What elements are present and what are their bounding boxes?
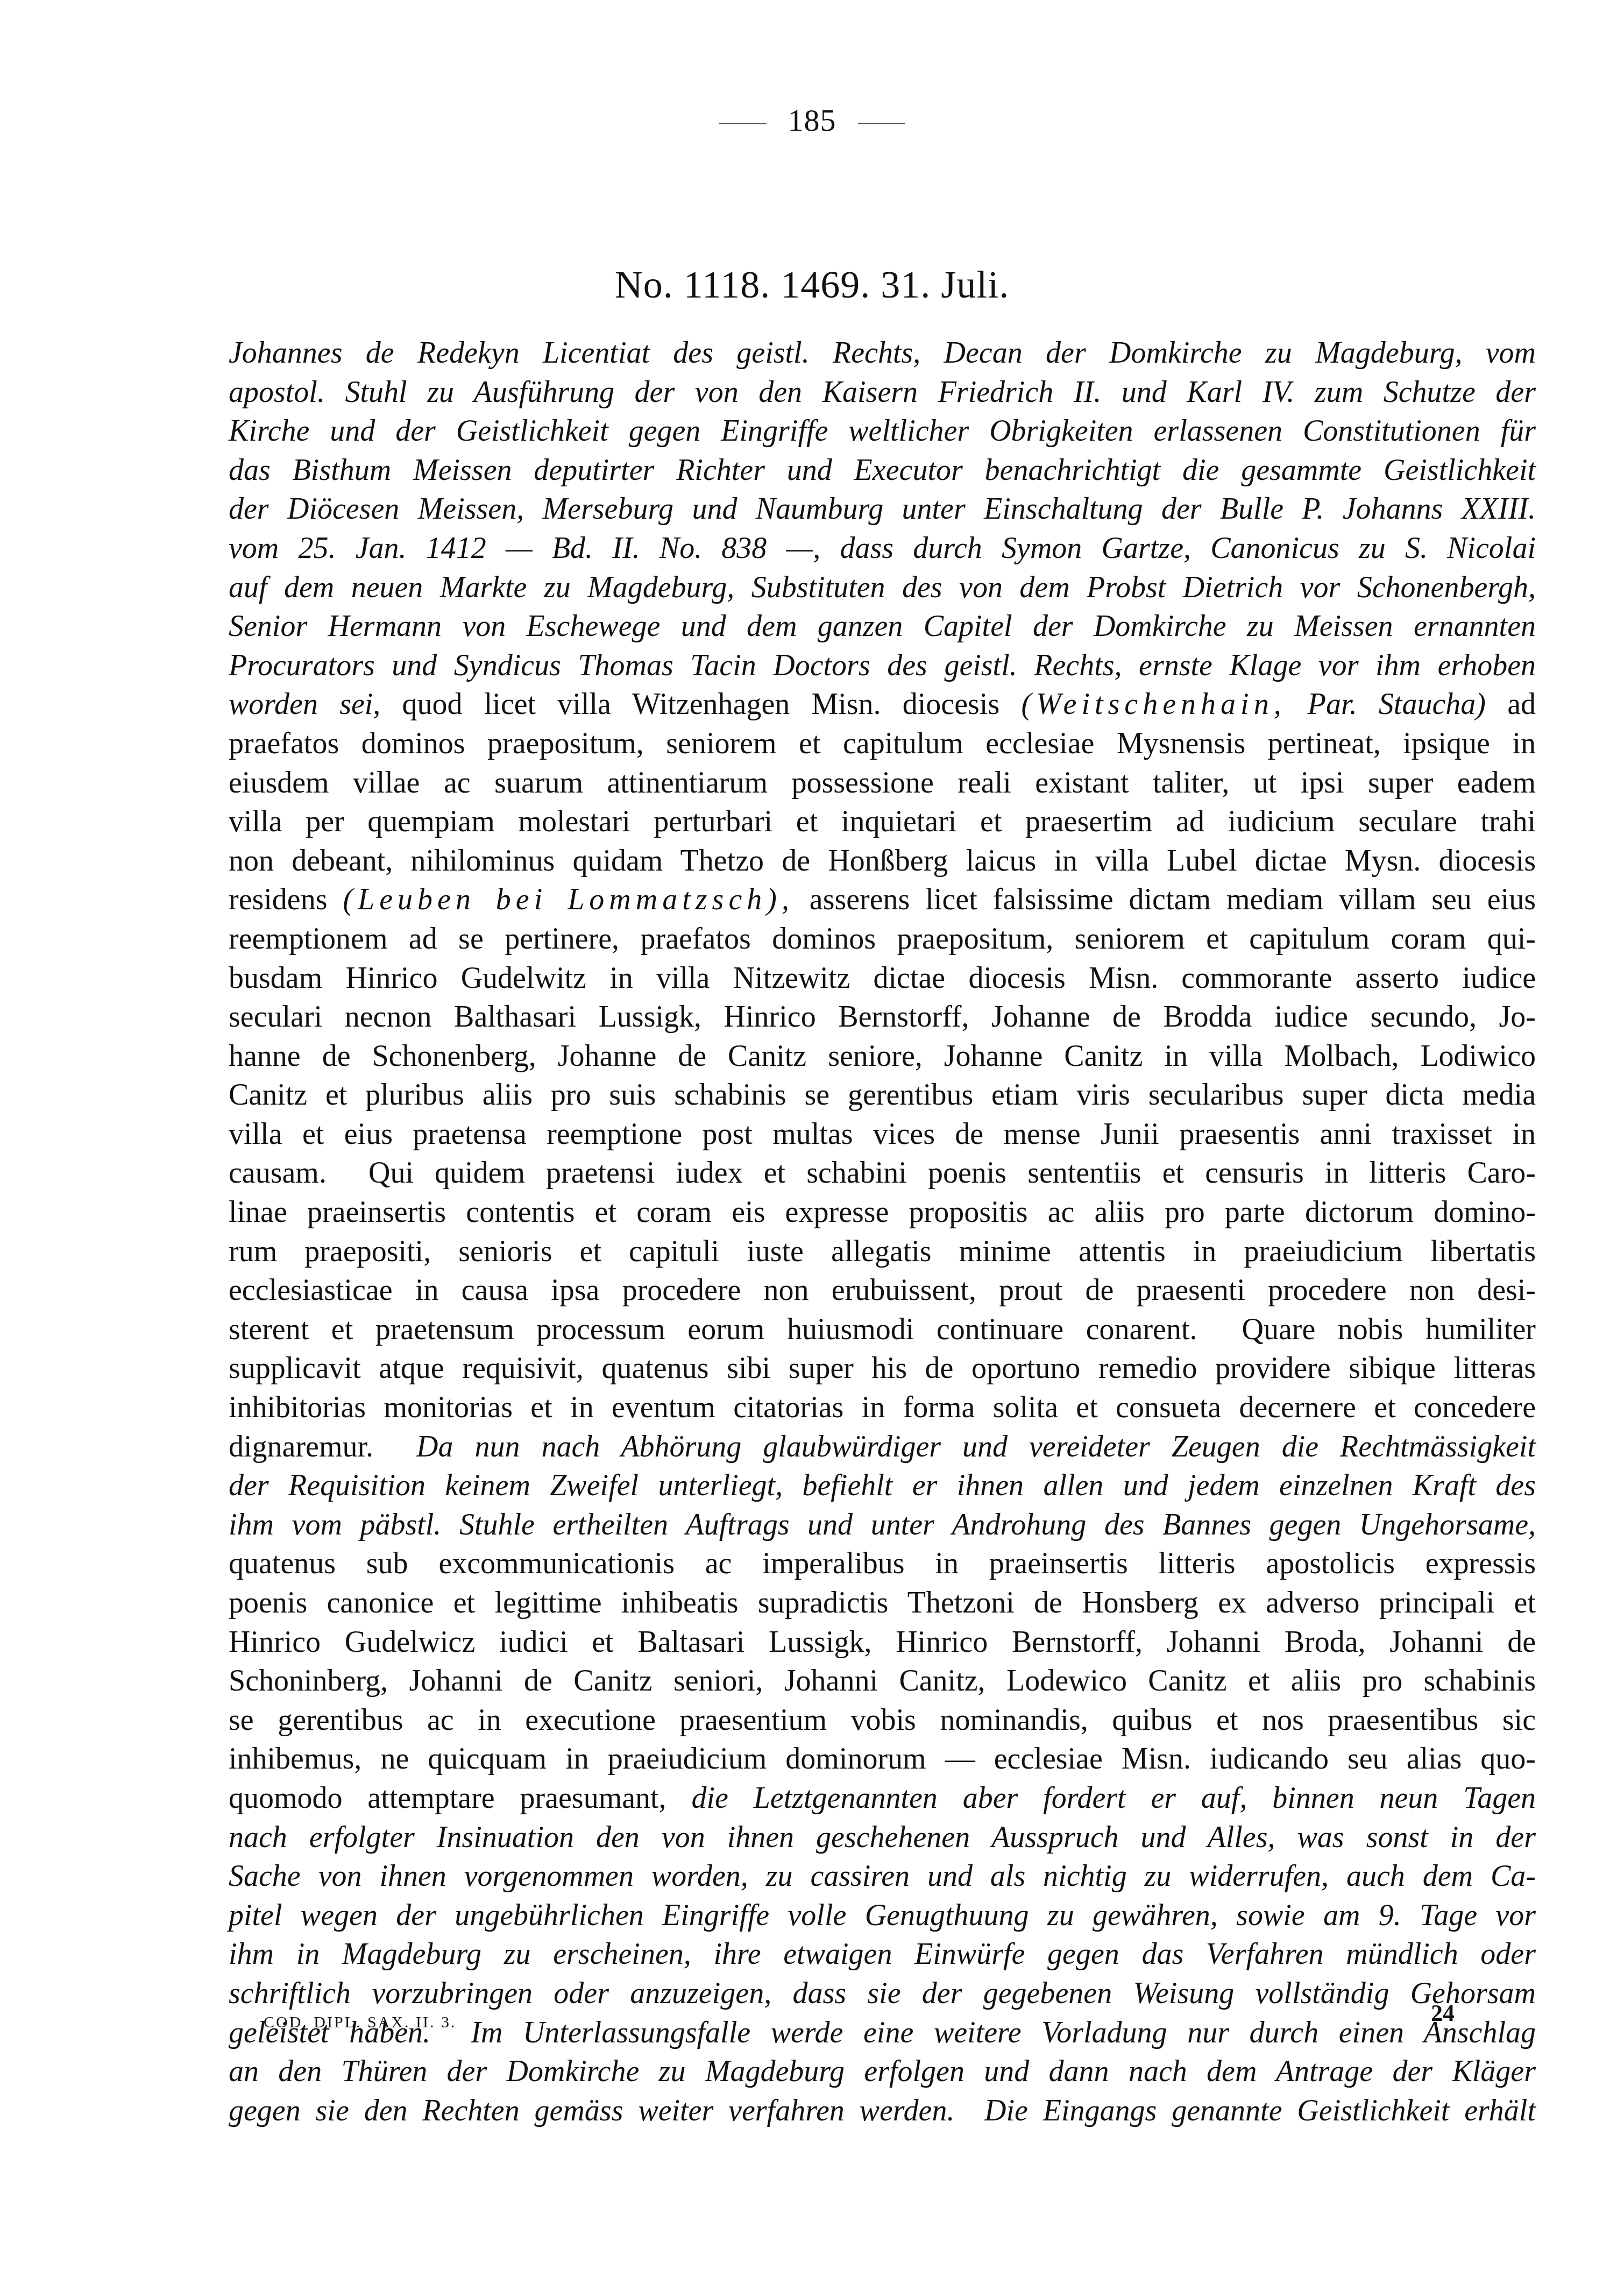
roman-segment: dignaremur. [229,1430,416,1463]
roman-segment: Hinrico Gudelwicz iudici et Baltasari Lu… [229,1625,1536,1659]
text-line: quomodo attemptare praesumant, die Letzt… [229,1779,1536,1818]
text-line: busdam Hinrico Gudelwitz in villa Nitzew… [229,959,1536,998]
text-line: residens (Leuben bei Lommatzsch), assere… [229,880,1536,920]
text-line: ihm vom päbstl. Stuhle ertheilten Auftra… [229,1505,1536,1545]
italic-segment: ihm in Magdeburg zu erscheinen, ihre etw… [229,1937,1536,1971]
roman-segment: quomodo attemptare praesumant, [229,1781,691,1815]
italic-segment: Senior Hermann von Eschewege und dem gan… [229,610,1536,643]
text-line: Procurators und Syndicus Thomas Tacin Do… [229,646,1536,685]
roman-segment: busdam Hinrico Gudelwitz in villa Nitzew… [229,961,1536,995]
roman-segment: non debeant, nihilominus quidam Thetzo d… [229,844,1536,878]
text-line: Senior Hermann von Eschewege und dem gan… [229,607,1536,646]
text-line: an den Thüren der Domkirche zu Magdeburg… [229,2052,1536,2091]
text-line: villa et eius praetensa reemptione post … [229,1115,1536,1154]
italic-segment: worden sei, [229,688,380,721]
italic-segment: Johannes de Redekyn Licentiat des geistl… [229,336,1536,370]
roman-segment: sterent et praetensum processum eorum hu… [229,1313,1536,1346]
text-line: apostol. Stuhl zu Ausführung der von den… [229,373,1536,412]
roman-segment: Canitz et pluribus aliis pro suis schabi… [229,1078,1536,1112]
roman-segment: linae praeinsertis contentis et coram ei… [229,1196,1536,1229]
roman-segment: praefatos dominos praepositum, seniorem … [229,727,1536,760]
text-line: ihm in Magdeburg zu erscheinen, ihre etw… [229,1935,1536,1974]
sheet-number: 24 [1431,1999,1455,2027]
roman-segment: quod licet villa Witzenhagen Misn. dioce… [380,688,1021,721]
text-line: der Requisition keinem Zweifel unterlieg… [229,1466,1536,1505]
text-line: poenis canonice et legittime inhibeatis … [229,1583,1536,1623]
text-line: rum praepositi, senioris et capituli ius… [229,1232,1536,1271]
roman-segment: eiusdem villae ac suarum attinentiarum p… [229,766,1536,800]
page-number: 185 [788,103,836,138]
roman-segment: inhibitorias monitorias et in eventum ci… [229,1391,1536,1424]
text-line: Canitz et pluribus aliis pro suis schabi… [229,1076,1536,1115]
text-line: causam. Qui quidem praetensi iudex et sc… [229,1154,1536,1193]
text-line: der Diöcesen Meissen, Merseburg und Naum… [229,490,1536,529]
roman-segment: villa et eius praetensa reemptione post … [229,1118,1536,1151]
roman-segment: rum praepositi, senioris et capituli ius… [229,1235,1536,1268]
italic-segment: der Requisition keinem Zweifel unterlieg… [229,1469,1536,1502]
document-title: No. 1118. 1469. 31. Juli. [0,263,1624,307]
text-line: dignaremur. Da nun nach Abhörung glaubwü… [229,1427,1536,1467]
italic-segment: der Diöcesen Meissen, Merseburg und Naum… [229,492,1536,526]
text-line: schriftlich vorzubringen oder anzuzeigen… [229,1974,1536,2013]
roman-segment: inhibemus, ne quicquam in praeiudicium d… [229,1742,1536,1776]
text-line: supplicavit atque requisivit, quatenus s… [229,1349,1536,1388]
italic-segment: auf dem neuen Markte zu Magdeburg, Subst… [229,571,1536,604]
text-line: vom 25. Jan. 1412 — Bd. II. No. 838 —, d… [229,529,1536,568]
text-line: pitel wegen der ungebührlichen Eingriffe… [229,1896,1536,1935]
italic-segment: apostol. Stuhl zu Ausführung der von den… [229,376,1536,409]
text-line: inhibemus, ne quicquam in praeiudicium d… [229,1739,1536,1779]
italic-segment: Da nun nach Abhörung glaubwürdiger und v… [416,1430,1536,1463]
italic-segment: nach erfolgter Insinuation den von ihnen… [229,1821,1536,1854]
italic-segment: Procurators und Syndicus Thomas Tacin Do… [229,649,1536,682]
roman-segment: se gerentibus ac in executione praesenti… [229,1703,1536,1737]
signature-mark: COD. DIPL. SAX. II. 3. [264,2013,457,2032]
text-line: reemptionem ad se pertinere, praefatos d… [229,920,1536,959]
roman-segment: hanne de Schonenberg, Johanne de Canitz … [229,1040,1536,1073]
header-rule-right [858,123,905,124]
italic-segment: das Bisthum Meissen deputirter Richter u… [229,454,1536,487]
italic-segment: pitel wegen der ungebührlichen Eingriffe… [229,1899,1536,1932]
text-line: Kirche und der Geistlichkeit gegen Eingr… [229,412,1536,451]
text-line: Hinrico Gudelwicz iudici et Baltasari Lu… [229,1623,1536,1662]
text-line: ecclesiasticae in causa ipsa procedere n… [229,1271,1536,1310]
roman-segment: ad [1486,688,1536,721]
text-line: hanne de Schonenberg, Johanne de Canitz … [229,1037,1536,1076]
text-line: linae praeinsertis contentis et coram ei… [229,1193,1536,1232]
roman-segment: supplicavit atque requisivit, quatenus s… [229,1352,1536,1385]
italic-segment: ihm vom päbstl. Stuhle ertheilten Auftra… [229,1508,1536,1541]
roman-segment: Schoninberg, Johanni de Canitz seniori, … [229,1664,1536,1698]
text-line: se gerentibus ac in executione praesenti… [229,1701,1536,1740]
text-line: Johannes de Redekyn Licentiat des geistl… [229,334,1536,373]
header-rule-left [719,123,767,124]
text-line: villa per quempiam molestari perturbari … [229,802,1536,842]
text-line: sterent et praetensum processum eorum hu… [229,1310,1536,1349]
italic-segment: an den Thüren der Domkirche zu Magdeburg… [229,2055,1536,2088]
roman-segment: seculari necnon Balthasari Lussigk, Hinr… [229,1000,1536,1034]
roman-segment: villa per quempiam molestari perturbari … [229,805,1536,838]
text-line: Sache von ihnen vorgenommen worden, zu c… [229,1857,1536,1896]
text-line: gegen sie den Rechten gemäss weiter verf… [229,2091,1536,2131]
text-line: worden sei, quod licet villa Witzenhagen… [229,685,1536,724]
italic-segment: Par. Staucha) [1286,688,1486,721]
italic-segment: (Weitschenhain, [1021,688,1286,721]
text-line: non debeant, nihilominus quidam Thetzo d… [229,842,1536,881]
roman-segment: ecclesiasticae in causa ipsa procedere n… [229,1274,1536,1307]
roman-segment: reemptionem ad se pertinere, praefatos d… [229,922,1536,956]
italic-segment: schriftlich vorzubringen oder anzuzeigen… [229,1977,1536,2010]
text-line: auf dem neuen Markte zu Magdeburg, Subst… [229,568,1536,607]
italic-segment: Sache von ihnen vorgenommen worden, zu c… [229,1859,1536,1893]
text-line: eiusdem villae ac suarum attinentiarum p… [229,763,1536,803]
italic-segment: (Leuben bei Lommatzsch), [343,883,793,916]
text-line: seculari necnon Balthasari Lussigk, Hinr… [229,998,1536,1037]
italic-segment: gegen sie den Rechten gemäss weiter verf… [229,2094,1536,2127]
text-line: das Bisthum Meissen deputirter Richter u… [229,451,1536,490]
roman-segment: residens [229,883,343,916]
text-line: inhibitorias monitorias et in eventum ci… [229,1388,1536,1427]
text-line: Schoninberg, Johanni de Canitz seniori, … [229,1661,1536,1701]
document-body: Johannes de Redekyn Licentiat des geistl… [229,334,1536,2130]
italic-segment: vom 25. Jan. 1412 — Bd. II. No. 838 —, d… [229,532,1536,565]
text-line: quatenus sub excommunicationis ac impera… [229,1544,1536,1583]
text-line: nach erfolgter Insinuation den von ihnen… [229,1818,1536,1857]
roman-segment: quatenus sub excommunicationis ac impera… [229,1547,1536,1580]
italic-segment: die Letztgenannten aber fordert er auf, … [691,1781,1536,1815]
text-line: praefatos dominos praepositum, seniorem … [229,724,1536,763]
page-header: 185 [0,102,1624,138]
roman-segment: asserens licet falsissime dictam mediam … [794,883,1536,916]
roman-segment: poenis canonice et legittime inhibeatis … [229,1586,1536,1620]
roman-segment: causam. Qui quidem praetensi iudex et sc… [229,1156,1536,1190]
italic-segment: Kirche und der Geistlichkeit gegen Eingr… [229,414,1536,448]
